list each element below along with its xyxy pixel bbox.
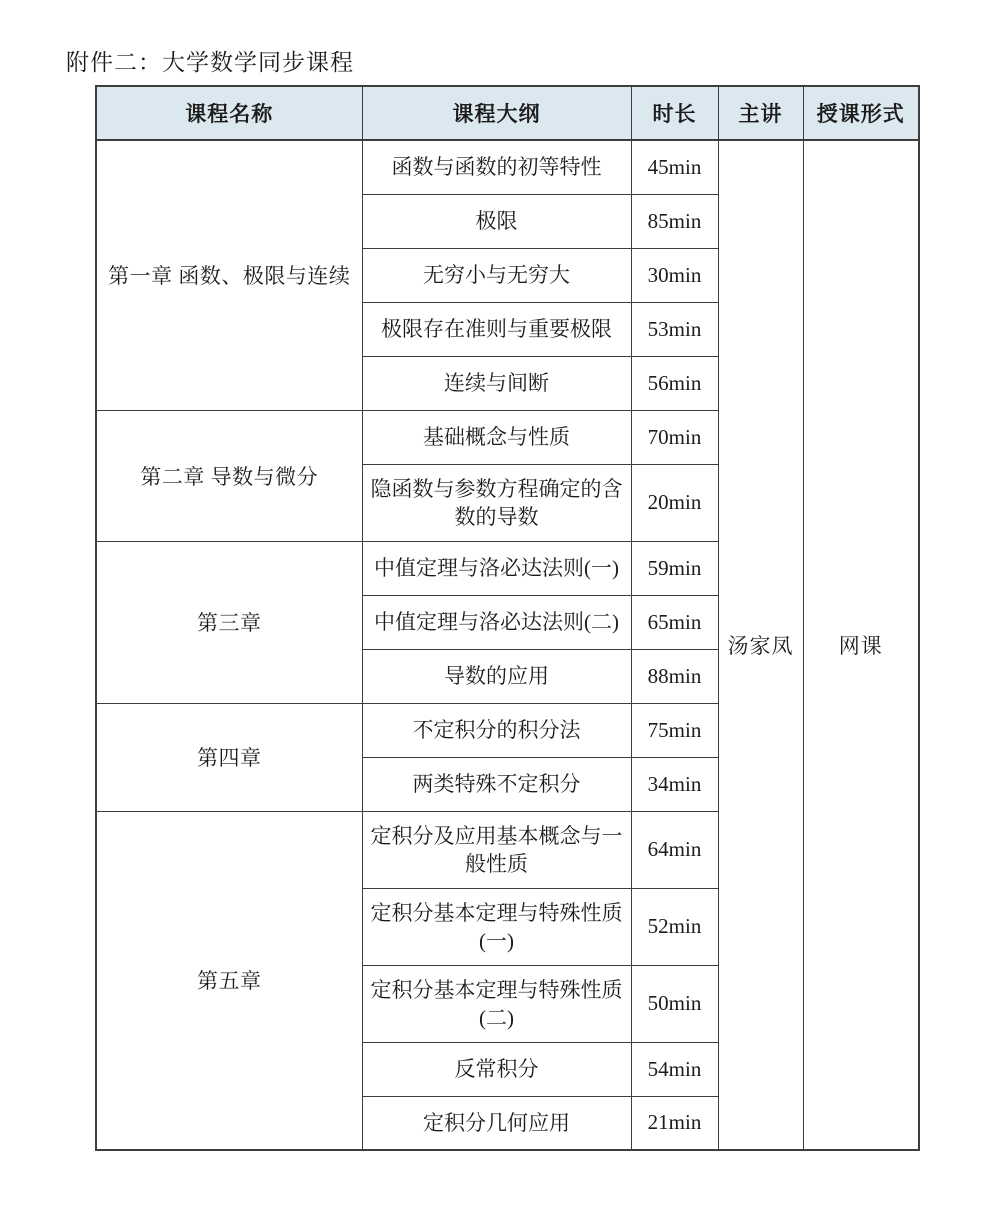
column-header-format: 授课形式 <box>803 86 919 140</box>
lesson-title-cell: 无穷小与无穷大 <box>362 248 631 302</box>
lesson-duration-cell: 30min <box>631 248 718 302</box>
lesson-duration-cell: 75min <box>631 703 718 757</box>
lesson-title-cell: 定积分基本定理与特殊性质(二) <box>362 965 631 1042</box>
lesson-duration-cell: 21min <box>631 1096 718 1150</box>
lesson-title-cell: 不定积分的积分法 <box>362 703 631 757</box>
lesson-duration-cell: 65min <box>631 595 718 649</box>
lesson-duration-cell: 20min <box>631 464 718 541</box>
column-header-course-name: 课程名称 <box>96 86 362 140</box>
lesson-duration-cell: 56min <box>631 356 718 410</box>
chapter-name-cell: 第三章 <box>96 541 362 703</box>
lesson-duration-cell: 70min <box>631 410 718 464</box>
lesson-title-cell: 定积分几何应用 <box>362 1096 631 1150</box>
lesson-title-cell: 定积分及应用基本概念与一般性质 <box>362 811 631 888</box>
page-title: 附件二：大学数学同步课程 <box>66 44 354 77</box>
course-schedule-table: 课程名称 课程大纲 时长 主讲 授课形式 第一章 函数、极限与连续函数与函数的初… <box>95 85 920 1151</box>
table-body: 第一章 函数、极限与连续函数与函数的初等特性45min汤家凤网课极限85min无… <box>96 140 919 1150</box>
chapter-name-cell: 第五章 <box>96 811 362 1150</box>
lesson-duration-cell: 53min <box>631 302 718 356</box>
lesson-title-cell: 导数的应用 <box>362 649 631 703</box>
lesson-title-cell: 基础概念与性质 <box>362 410 631 464</box>
lesson-title-cell: 中值定理与洛必达法则(二) <box>362 595 631 649</box>
lesson-title-cell: 中值定理与洛必达法则(一) <box>362 541 631 595</box>
lesson-duration-cell: 34min <box>631 757 718 811</box>
chapter-name-cell: 第一章 函数、极限与连续 <box>96 140 362 410</box>
column-header-duration: 时长 <box>631 86 718 140</box>
lesson-title-cell: 隐函数与参数方程确定的含数的导数 <box>362 464 631 541</box>
instructor-cell: 汤家凤 <box>718 140 803 1150</box>
lesson-title-cell: 连续与间断 <box>362 356 631 410</box>
lesson-duration-cell: 85min <box>631 194 718 248</box>
teaching-format-cell: 网课 <box>803 140 919 1150</box>
lesson-duration-cell: 59min <box>631 541 718 595</box>
lesson-title-cell: 函数与函数的初等特性 <box>362 140 631 194</box>
column-header-outline: 课程大纲 <box>362 86 631 140</box>
chapter-name-cell: 第二章 导数与微分 <box>96 410 362 541</box>
column-header-instructor: 主讲 <box>718 86 803 140</box>
lesson-duration-cell: 50min <box>631 965 718 1042</box>
lesson-title-cell: 两类特殊不定积分 <box>362 757 631 811</box>
lesson-title-cell: 极限存在准则与重要极限 <box>362 302 631 356</box>
lesson-title-cell: 反常积分 <box>362 1042 631 1096</box>
table-header-row: 课程名称 课程大纲 时长 主讲 授课形式 <box>96 86 919 140</box>
lesson-duration-cell: 54min <box>631 1042 718 1096</box>
lesson-duration-cell: 45min <box>631 140 718 194</box>
table-row: 第一章 函数、极限与连续函数与函数的初等特性45min汤家凤网课 <box>96 140 919 194</box>
lesson-duration-cell: 64min <box>631 811 718 888</box>
lesson-duration-cell: 88min <box>631 649 718 703</box>
lesson-duration-cell: 52min <box>631 888 718 965</box>
lesson-title-cell: 极限 <box>362 194 631 248</box>
document-page: 附件二：大学数学同步课程 课程名称 课程大纲 时长 主讲 授课形式 第一章 函数… <box>0 0 1008 1220</box>
chapter-name-cell: 第四章 <box>96 703 362 811</box>
lesson-title-cell: 定积分基本定理与特殊性质(一) <box>362 888 631 965</box>
